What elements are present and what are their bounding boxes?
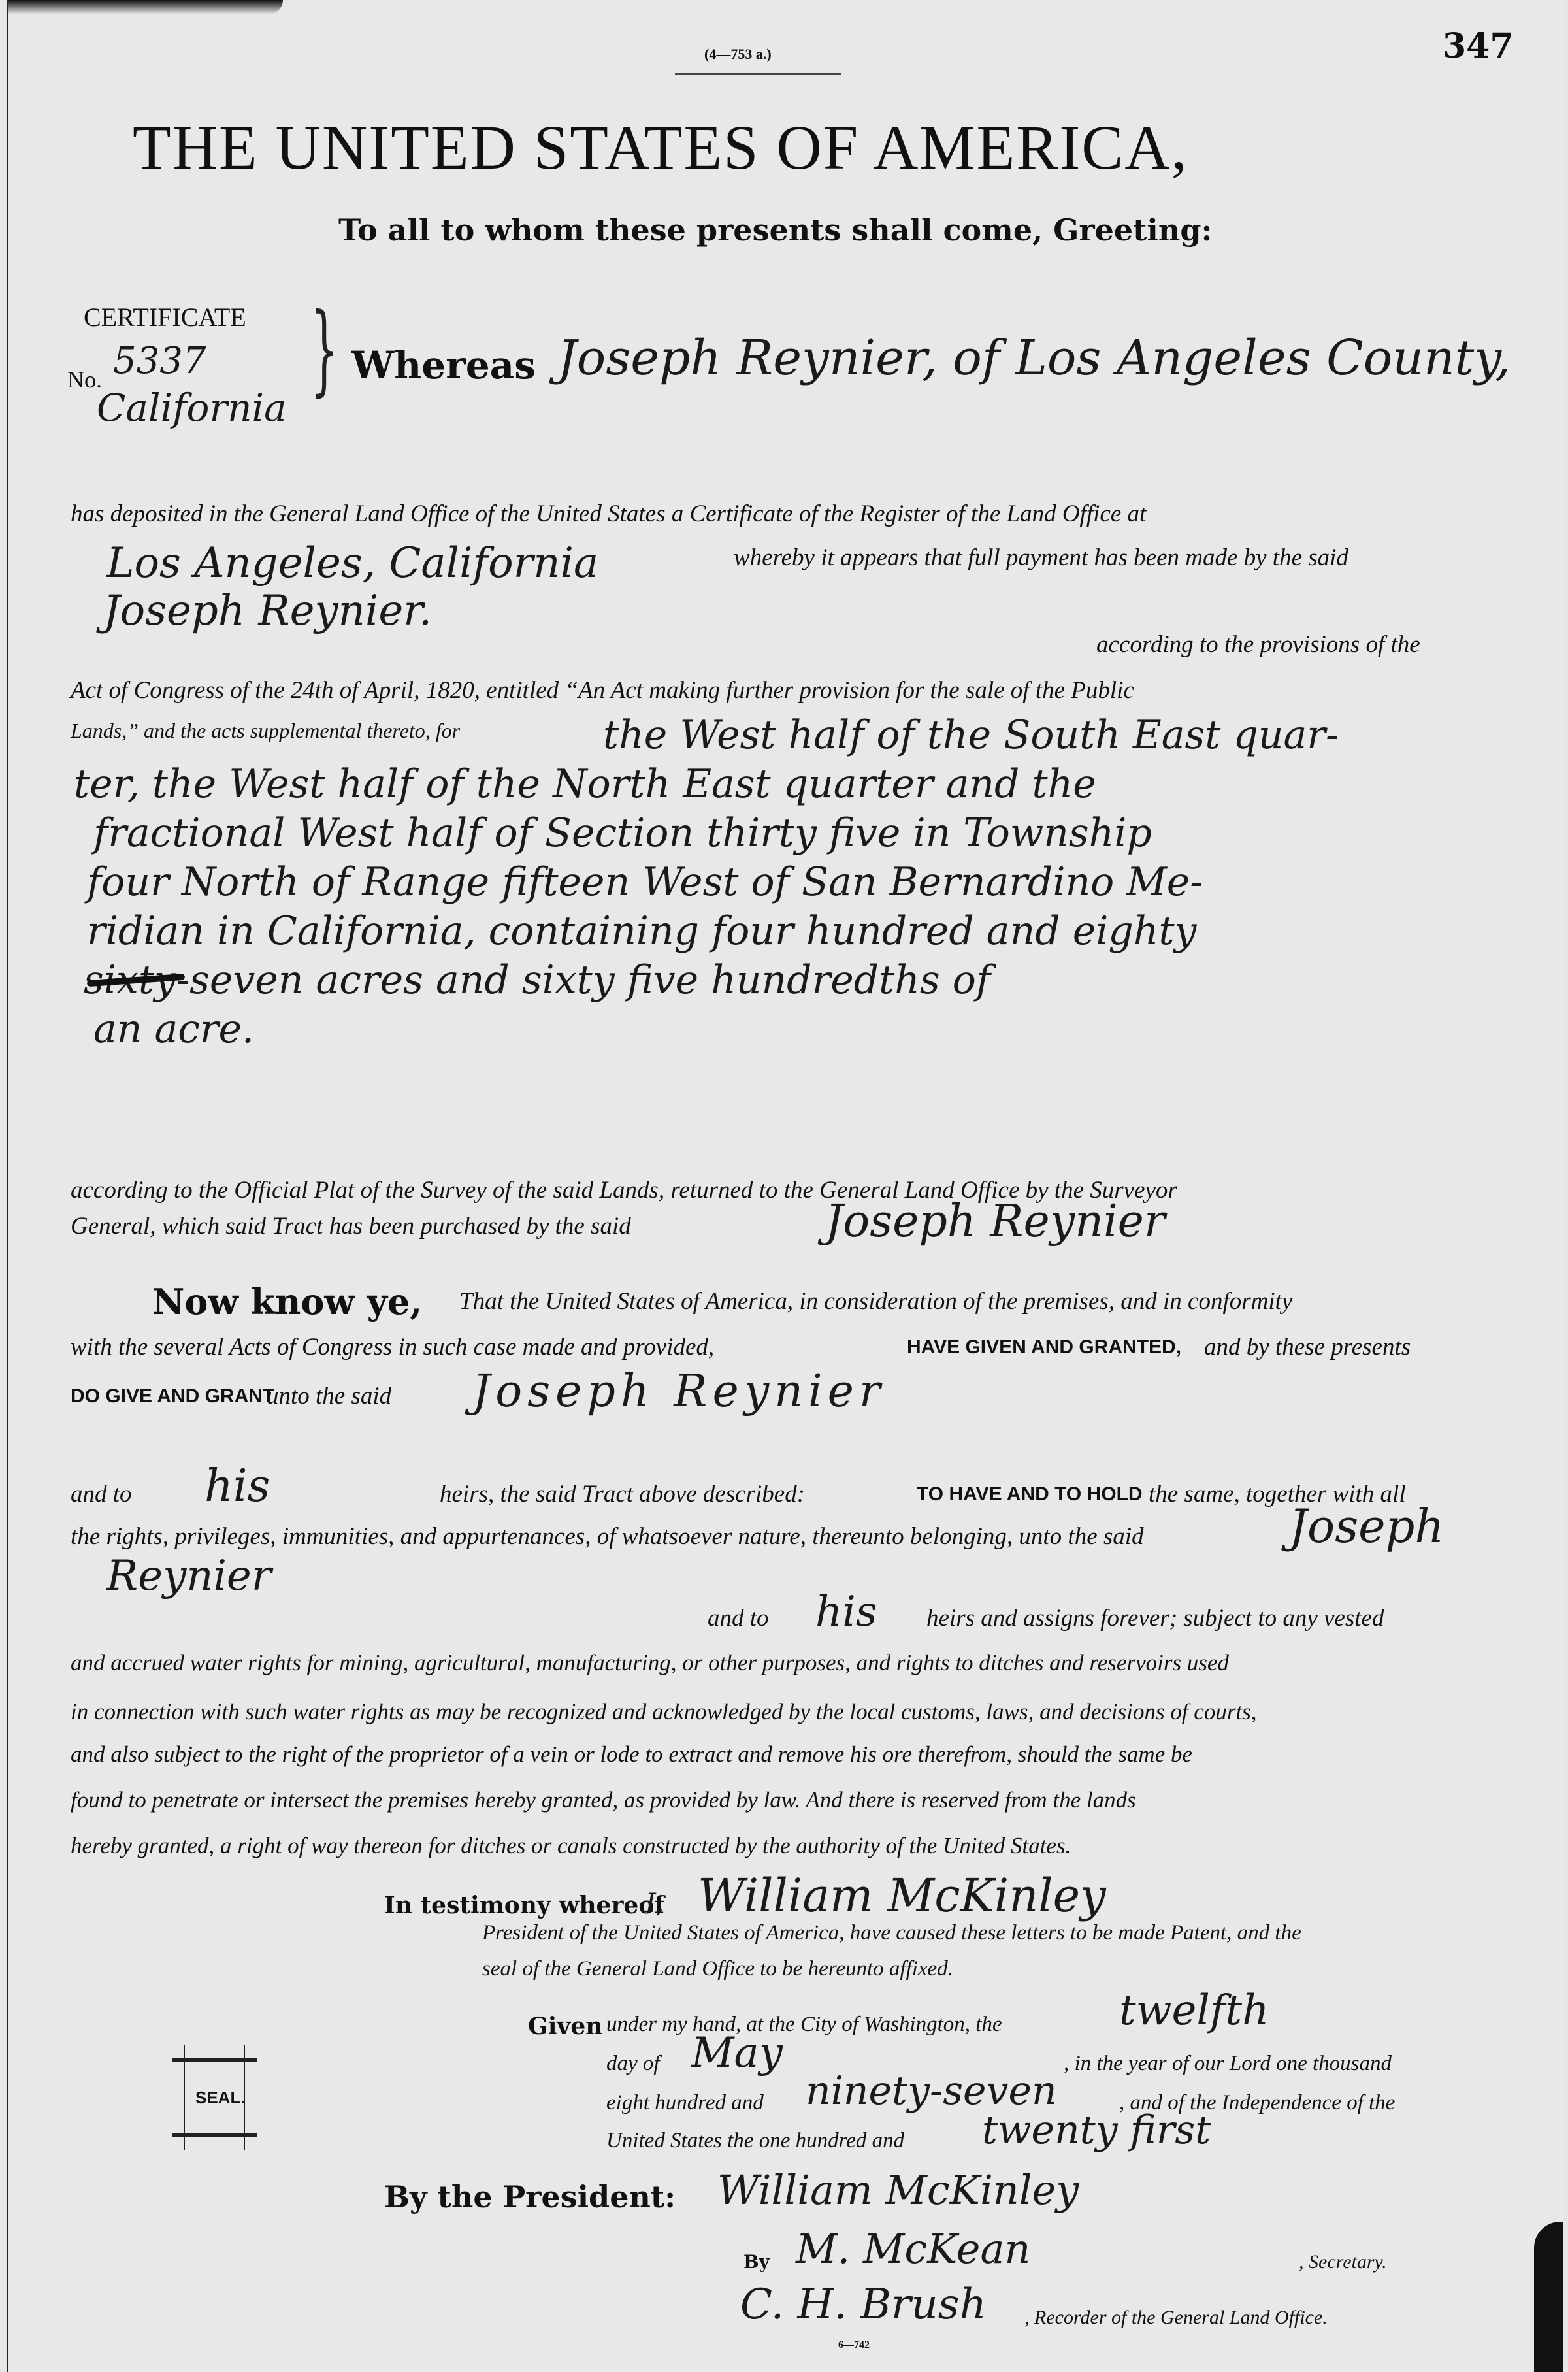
testimony-label: In testimony whereof — [384, 1892, 664, 1919]
page-number: 347 — [1443, 26, 1514, 66]
certificate-state: California — [97, 386, 287, 430]
land-description-line-4: four North of Range fifteen West of San … — [87, 859, 1203, 905]
us-hundred-label: United States the one hundred and — [606, 2129, 904, 2153]
president-signature: William McKinley — [717, 2166, 1079, 2214]
seal-label: SEAL. — [195, 2088, 246, 2108]
grantee-name: Joseph Reynier — [472, 1366, 885, 1417]
month-value: May — [691, 2029, 783, 2077]
form-number-rule — [675, 73, 841, 75]
document-title: THE UNITED STATES OF AMERICA, — [133, 111, 1188, 184]
pronoun-2: his — [815, 1588, 877, 1636]
grantee-first: Joseph — [1289, 1500, 1444, 1553]
grant-line-8: in connection with such water rights as … — [71, 1699, 1257, 1725]
now-know-ye: Now know ye, — [152, 1281, 422, 1323]
given-label: Given — [528, 2013, 602, 2040]
land-patent-page: (4—753 a.) 347 THE UNITED STATES OF AMER… — [7, 0, 1563, 2372]
and-to-1: and to — [71, 1480, 132, 1508]
testimony-line-2: seal of the General Land Office to be he… — [482, 1957, 953, 1981]
day-of-label: day of — [606, 2052, 660, 2076]
have-given-and-granted: HAVE GIVEN AND GRANTED, — [907, 1336, 1181, 1359]
whereas-label: Whereas — [351, 343, 536, 387]
land-office-location: Los Angeles, California — [106, 539, 598, 587]
grant-line-10: found to penetrate or intersect the prem… — [71, 1787, 1136, 1813]
land-description-line-2: ter, the West half of the North East qua… — [74, 761, 1096, 807]
plat-line-2: General, which said Tract has been purch… — [71, 1212, 631, 1240]
scan-corner-shadow — [1534, 2222, 1563, 2372]
certificate-label: CERTIFICATE — [84, 302, 246, 333]
by-label: By — [743, 2251, 770, 2273]
given-line: under my hand, at the City of Washington… — [606, 2013, 1002, 2037]
recital-line-2: whereby it appears that full payment has… — [734, 544, 1348, 572]
land-description-line-3: fractional West half of Section thirty f… — [93, 810, 1152, 856]
grantee-header: Joseph Reynier, of Los Angeles County, — [557, 330, 1511, 386]
grant-line-5: the rights, privileges, immunities, and … — [71, 1523, 1144, 1551]
testimony-pronoun: I, — [645, 1888, 664, 1919]
scan-edge-shadow — [8, 0, 283, 14]
year-text: , in the year of our Lord one thousand — [1064, 2052, 1392, 2076]
land-description-line-1: the West half of the South East quar- — [603, 712, 1339, 758]
land-description-line-5: ridian in California, containing four hu… — [87, 908, 1196, 954]
footer-code: 6—742 — [838, 2339, 870, 2351]
land-description-line-6: sixty-seven acres and sixty five hundred… — [84, 957, 990, 1003]
payer-name: Joseph Reynier. — [103, 587, 432, 635]
and-to-2: and to — [708, 1604, 769, 1632]
pronoun-1: his — [204, 1460, 270, 1512]
brace: } — [310, 293, 338, 406]
by-the-president-label: By the President: — [384, 2179, 676, 2215]
grant-line-2b: and by these presents — [1204, 1333, 1411, 1361]
greeting: To all to whom these presents shall come… — [338, 212, 1212, 248]
to-have-and-to-hold: TO HAVE AND TO HOLD — [917, 1483, 1143, 1506]
grant-line-6: heirs and assigns forever; subject to an… — [926, 1604, 1384, 1632]
president-name: William McKinley — [698, 1869, 1106, 1922]
land-description-line-7: an acre. — [93, 1006, 254, 1052]
form-number: (4—753 a.) — [704, 46, 772, 63]
grant-line-11: hereby granted, a right of way thereon f… — [71, 1833, 1071, 1859]
testimony-line-1: President of the United States of Americ… — [482, 1921, 1301, 1945]
grant-line-7: and accrued water rights for mining, agr… — [71, 1650, 1229, 1676]
purchaser-name: Joseph Reynier — [825, 1196, 1165, 1247]
recital-line-5: Lands,” and the acts supplemental theret… — [71, 719, 460, 743]
independence-year: twenty first — [982, 2107, 1211, 2153]
recital-line-3: according to the provisions of the — [1096, 631, 1420, 659]
recital-line-4: Act of Congress of the 24th of April, 18… — [71, 676, 1134, 704]
secretary-title: , Secretary. — [1299, 2251, 1387, 2273]
seal-box: SEAL. — [172, 2058, 257, 2137]
grant-line-2a: with the several Acts of Congress in suc… — [71, 1333, 714, 1361]
recorder-title: , Recorder of the General Land Office. — [1024, 2307, 1328, 2329]
eight-hundred-label: eight hundred and — [606, 2091, 764, 2115]
recital-line-1: has deposited in the General Land Office… — [71, 500, 1146, 528]
grantee-last: Reynier — [106, 1552, 271, 1600]
grant-line-1: That the United States of America, in co… — [459, 1287, 1292, 1315]
grant-line-3: unto the said — [267, 1382, 391, 1410]
grant-line-4: heirs, the said Tract above described: — [440, 1480, 805, 1508]
day-value: twelfth — [1119, 1986, 1269, 2035]
secretary-signature: M. McKean — [796, 2225, 1030, 2273]
recorder-signature: C. H. Brush — [740, 2281, 987, 2329]
do-give-and-grant: DO GIVE AND GRANT — [71, 1385, 274, 1408]
grant-line-9: and also subject to the right of the pro… — [71, 1741, 1192, 1768]
certificate-number: 5337 — [113, 340, 206, 382]
